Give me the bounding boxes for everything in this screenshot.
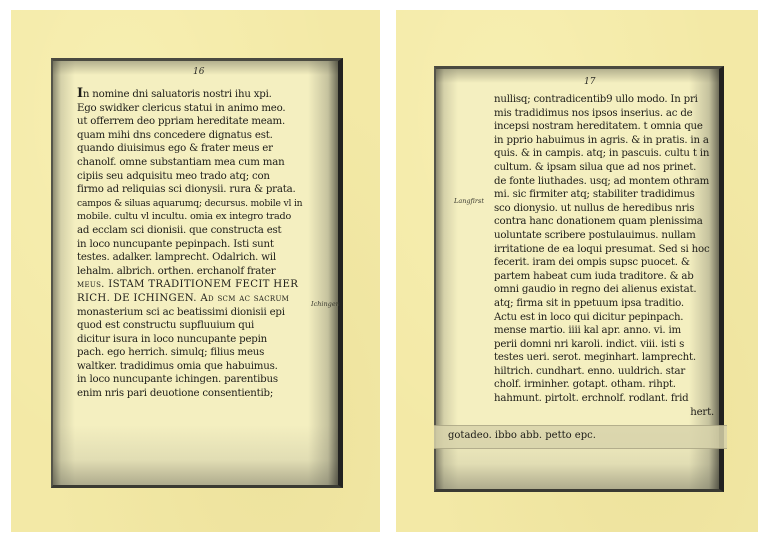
right-page-text: nullisq; contradicentib9 ullo modo. In p… bbox=[494, 93, 714, 419]
text-line: dicitur isura in loco nuncupante pepin bbox=[77, 333, 302, 347]
text-line: Actu est in loco qui dicitur pepinpach. bbox=[494, 311, 714, 325]
text-line: testes. adalker. lamprecht. Odalrich. wi… bbox=[77, 251, 302, 265]
text-line: hiltrich. cundhart. enno. uuldrich. star bbox=[494, 365, 714, 379]
text-line: In nomine dni saluatoris nostri ihu xpi. bbox=[77, 87, 302, 102]
text-line: campos & siluas aquarumq; decursus. mobi… bbox=[77, 197, 302, 211]
right-sheet: 17 nullisq; contradicentib9 ullo modo. I… bbox=[396, 10, 758, 532]
text-line: mense martio. iiii kal apr. anno. vi. im bbox=[494, 324, 714, 338]
marginal-note: Ichingen bbox=[311, 300, 340, 308]
text-line: monasterium sci ac beatissimi dionisii e… bbox=[77, 306, 302, 320]
text-line: cultum. & ipsam silua que ad nos prinet. bbox=[494, 161, 714, 175]
text-line: irritatione de ea loqui presumat. Sed si… bbox=[494, 243, 714, 257]
text-line: de fonte liuthades. usq; ad montem othra… bbox=[494, 175, 714, 189]
text-line: in pprio habuimus in agris. & in pratis.… bbox=[494, 134, 714, 148]
text-line: hert. bbox=[494, 406, 714, 420]
text-line: omni gaudio in regno dei alienus existat… bbox=[494, 283, 714, 297]
text-line: uoluntate scribere postulauimus. nullam bbox=[494, 229, 714, 243]
text-line: enim nris pari deuotione consentientib; bbox=[77, 387, 302, 401]
text-line: lehalm. albrich. orthen. erchanolf frate… bbox=[77, 265, 302, 279]
text-line: ut offerrem deo ppriam hereditate meam. bbox=[77, 115, 302, 129]
text-line: mobile. cultu vl incultu. omia ex integr… bbox=[77, 210, 302, 224]
left-page-text: In nomine dni saluatoris nostri ihu xpi.… bbox=[77, 87, 302, 401]
text-line: pach. ego herrich. simulq; filius meus bbox=[77, 346, 302, 360]
text-line: cholf. irminher. gotapt. otham. rihpt. bbox=[494, 378, 714, 392]
text-line: Ego swidker clericus statui in animo meo… bbox=[77, 102, 302, 116]
text-line: in loco nuncupante ichingen. parentibus bbox=[77, 373, 302, 387]
text-line: in loco nuncupante pepinpach. Isti sunt bbox=[77, 238, 302, 252]
right-manuscript-page: 17 nullisq; contradicentib9 ullo modo. I… bbox=[434, 66, 724, 492]
text-line: atq; firma sit in ppetuum ipsa traditio. bbox=[494, 297, 714, 311]
text-line: waltker. tradidimus omia que habuimus. bbox=[77, 360, 302, 374]
text-line: mi. sic firmiter atq; stabiliter tradidi… bbox=[494, 188, 714, 202]
folio-mark: 16 bbox=[193, 67, 204, 77]
text-line: chanolf. omne substantiam mea cum man bbox=[77, 156, 302, 170]
text-line: cipiis seu adquisitu meo trado atq; con bbox=[77, 170, 302, 184]
text-line: quis. & in campis. atq; in pascuis. cult… bbox=[494, 147, 714, 161]
text-line: quando diuisimus ego & frater meus er bbox=[77, 142, 302, 156]
text-line: fecerit. iram dei ompis supsc puocet. & bbox=[494, 256, 714, 270]
pasted-strip: gotadeo. ibbo abb. petto epc. bbox=[434, 425, 727, 449]
left-sheet: 16 In nomine dni saluatoris nostri ihu x… bbox=[11, 10, 380, 532]
text-line: quam mihi dns concedere dignatus est. bbox=[77, 129, 302, 143]
text-line: incepsi nostram hereditatem. t omnia que bbox=[494, 120, 714, 134]
text-line: testes ueri. serot. meginhart. lamprecht… bbox=[494, 351, 714, 365]
text-line: hahmunt. pirtolt. erchnolf. rodlant. fri… bbox=[494, 392, 714, 406]
text-line: perii domni nri karoli. indict. viii. is… bbox=[494, 338, 714, 352]
text-line: RICH. DE ICHINGEN. Ad scm ac sacrum bbox=[77, 292, 302, 306]
text-line: ad ecclam sci dionisii. que constructa e… bbox=[77, 224, 302, 238]
marginal-note: Langfirst bbox=[454, 197, 484, 205]
text-line: partem habeat cum iuda traditore. & ab bbox=[494, 270, 714, 284]
text-line: nullisq; contradicentib9 ullo modo. In p… bbox=[494, 93, 714, 107]
text-line: firmo ad reliquias sci dionysii. rura & … bbox=[77, 183, 302, 197]
text-line: sco dionysio. ut nullus de heredibus nri… bbox=[494, 202, 714, 216]
text-line: meus. ISTAM TRADITIONEM FECIT HER bbox=[77, 278, 302, 292]
folio-mark: 17 bbox=[584, 77, 595, 87]
text-line: quod est constructu supfluuium qui bbox=[77, 319, 302, 333]
strip-text: gotadeo. ibbo abb. petto epc. bbox=[448, 430, 596, 441]
left-manuscript-page: 16 In nomine dni saluatoris nostri ihu x… bbox=[51, 58, 343, 488]
text-line: mis tradidimus nos ipsos inserius. ac de bbox=[494, 107, 714, 121]
text-line: contra hanc donationem quam plenissima bbox=[494, 215, 714, 229]
